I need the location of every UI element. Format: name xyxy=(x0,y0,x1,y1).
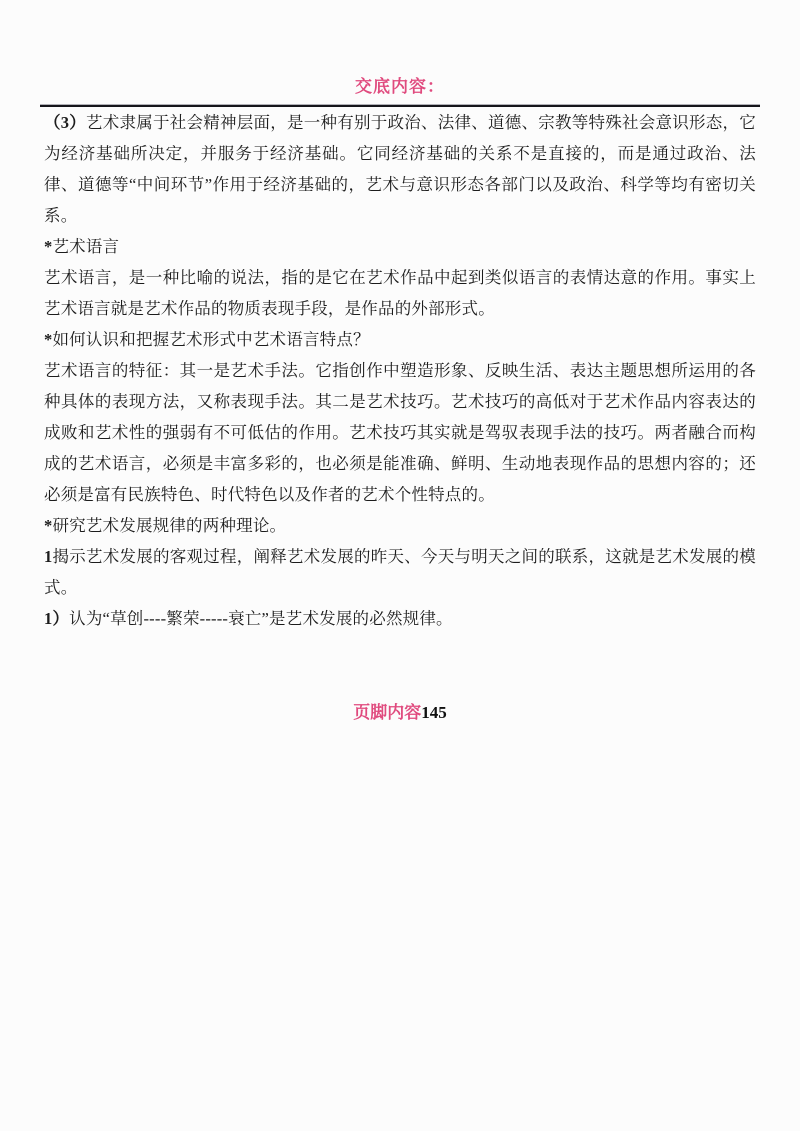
header-title: 交底内容： xyxy=(355,77,445,96)
paragraph-prefix: （3） xyxy=(44,113,86,132)
footer-page-number: 145 xyxy=(421,703,447,722)
paragraph: （3）艺术隶属于社会精神层面，是一种有别于政治、法律、道德、宗教等特殊社会意识形… xyxy=(44,107,756,231)
page-footer: 页脚内容145 xyxy=(0,697,800,728)
page-header: 交底内容： xyxy=(0,0,800,97)
paragraph-text: 揭示艺术发展的客观过程，阐释艺术发展的昨天、今天与明天之间的联系，这就是艺术发展… xyxy=(44,547,756,597)
paragraph-text: 研究艺术发展规律的两种理论。 xyxy=(52,516,286,535)
paragraph-prefix: 1） xyxy=(44,609,69,628)
footer-label: 页脚内容 xyxy=(353,703,421,722)
paragraph-text: 艺术语言 xyxy=(52,237,119,256)
document-page: 交底内容： （3）艺术隶属于社会精神层面，是一种有别于政治、法律、道德、宗教等特… xyxy=(0,0,800,1131)
paragraph: 1）认为“草创----繁荣-----衰亡”是艺术发展的必然规律。 xyxy=(44,603,756,634)
paragraph: 艺术语言，是一种比喻的说法，指的是它在艺术作品中起到类似语言的表情达意的作用。事… xyxy=(44,262,756,324)
paragraph-text: 艺术隶属于社会精神层面，是一种有别于政治、法律、道德、宗教等特殊社会意识形态，它… xyxy=(44,113,756,225)
paragraph: 艺术语言的特征：其一是艺术手法。它指创作中塑造形象、反映生活、表达主题思想所运用… xyxy=(44,355,756,510)
section-heading: *艺术语言 xyxy=(44,231,756,262)
paragraph-text: 艺术语言的特征：其一是艺术手法。它指创作中塑造形象、反映生活、表达主题思想所运用… xyxy=(44,361,756,504)
document-body: （3）艺术隶属于社会精神层面，是一种有别于政治、法律、道德、宗教等特殊社会意识形… xyxy=(0,107,800,634)
paragraph: 1揭示艺术发展的客观过程，阐释艺术发展的昨天、今天与明天之间的联系，这就是艺术发… xyxy=(44,541,756,603)
paragraph-text: 如何认识和把握艺术形式中艺术语言特点？ xyxy=(52,330,369,349)
section-heading: *研究艺术发展规律的两种理论。 xyxy=(44,510,756,541)
section-heading: *如何认识和把握艺术形式中艺术语言特点？ xyxy=(44,324,756,355)
paragraph-text: 认为“草创----繁荣-----衰亡”是艺术发展的必然规律。 xyxy=(69,609,453,628)
paragraph-text: 艺术语言，是一种比喻的说法，指的是它在艺术作品中起到类似语言的表情达意的作用。事… xyxy=(44,268,756,318)
